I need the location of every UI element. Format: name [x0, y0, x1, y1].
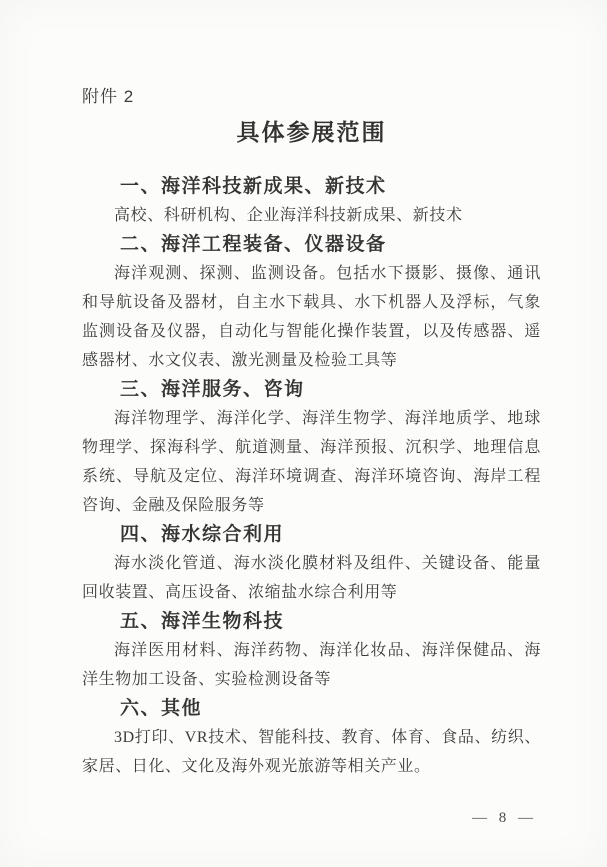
sections-list: 一、海洋科技新成果、新技术 高校、科研机构、企业海洋科技新成果、新技术 二、海洋…: [82, 172, 541, 781]
section-heading: 二、海洋工程装备、仪器设备: [82, 230, 541, 259]
section-1: 一、海洋科技新成果、新技术 高校、科研机构、企业海洋科技新成果、新技术: [82, 172, 541, 230]
section-heading: 五、海洋生物科技: [82, 607, 541, 636]
section-body: 海洋物理学、海洋化学、海洋生物学、海洋地质学、地球物理学、探海科学、航道测量、海…: [82, 404, 541, 520]
section-heading: 一、海洋科技新成果、新技术: [82, 172, 541, 201]
section-body: 海水淡化管道、海水淡化膜材料及组件、关键设备、能量回收装置、高压设备、浓缩盐水综…: [82, 549, 541, 607]
section-2: 二、海洋工程装备、仪器设备 海洋观测、探测、监测设备。包括水下摄影、摄像、通讯和…: [82, 230, 541, 375]
document-content: 附件 2 具体参展范围 一、海洋科技新成果、新技术 高校、科研机构、企业海洋科技…: [82, 86, 541, 781]
section-3: 三、海洋服务、咨询 海洋物理学、海洋化学、海洋生物学、海洋地质学、地球物理学、探…: [82, 375, 541, 520]
section-body: 海洋观测、探测、监测设备。包括水下摄影、摄像、通讯和导航设备及器材，自主水下载具…: [82, 259, 541, 375]
section-4: 四、海水综合利用 海水淡化管道、海水淡化膜材料及组件、关键设备、能量回收装置、高…: [82, 520, 541, 607]
section-heading: 四、海水综合利用: [82, 520, 541, 549]
section-heading: 六、其他: [82, 694, 541, 723]
document-page: 附件 2 具体参展范围 一、海洋科技新成果、新技术 高校、科研机构、企业海洋科技…: [0, 0, 607, 867]
page-title: 具体参展范围: [82, 116, 541, 148]
section-5: 五、海洋生物科技 海洋医用材料、海洋药物、海洋化妆品、海洋保健品、海洋生物加工设…: [82, 607, 541, 694]
section-body: 海洋医用材料、海洋药物、海洋化妆品、海洋保健品、海洋生物加工设备、实验检测设备等: [82, 636, 541, 694]
section-body: 高校、科研机构、企业海洋科技新成果、新技术: [82, 201, 541, 230]
section-body: 3D打印、VR技术、智能科技、教育、体育、食品、纺织、家居、日化、文化及海外观光…: [82, 723, 541, 781]
section-heading: 三、海洋服务、咨询: [82, 375, 541, 404]
section-6: 六、其他 3D打印、VR技术、智能科技、教育、体育、食品、纺织、家居、日化、文化…: [82, 694, 541, 781]
attachment-label: 附件 2: [82, 86, 541, 108]
page-number: — 8 —: [472, 810, 537, 827]
